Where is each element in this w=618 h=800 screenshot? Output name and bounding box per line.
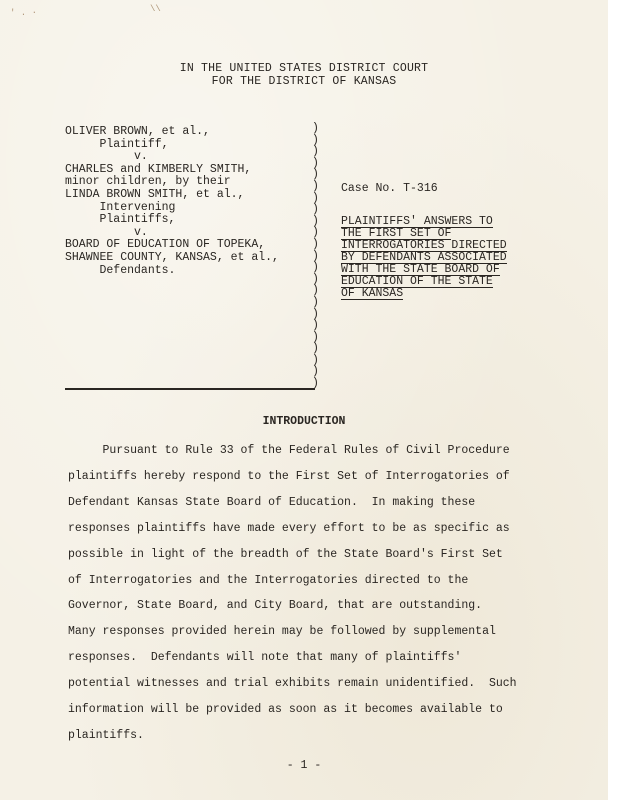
caption-paren: )	[312, 123, 322, 135]
body-line: potential witnesses and trial exhibits r…	[68, 671, 588, 697]
document-page: ' . · \\ IN THE UNITED STATES DISTRICT C…	[0, 0, 608, 800]
case-caption-parties: OLIVER BROWN, et al., Plaintiff, v. CHAR…	[65, 126, 315, 277]
page-number: - 1 -	[0, 759, 608, 772]
body-line: responses. Defendants will note that man…	[68, 645, 588, 671]
caption-line: LINDA BROWN SMITH, et al.,	[65, 189, 315, 202]
caption-paren: )	[312, 320, 322, 332]
caption-line: Plaintiffs,	[65, 214, 315, 227]
document-title: PLAINTIFFS' ANSWERS TO THE FIRST SET OF …	[341, 216, 541, 300]
caption-line: v.	[65, 151, 315, 164]
caption-paren: )	[312, 204, 322, 216]
caption-underline	[65, 388, 315, 390]
body-line: Pursuant to Rule 33 of the Federal Rules…	[68, 438, 588, 464]
margin-mark: \\	[150, 4, 161, 14]
court-name: IN THE UNITED STATES DISTRICT COURT	[0, 62, 608, 75]
caption-line: OLIVER BROWN, et al.,	[65, 126, 315, 139]
scan-margin	[608, 0, 618, 800]
body-line: responses plaintiffs have made every eff…	[68, 516, 588, 542]
section-heading: INTRODUCTION	[0, 415, 608, 428]
caption-paren: )	[312, 262, 322, 274]
introduction-body: Pursuant to Rule 33 of the Federal Rules…	[68, 438, 588, 749]
body-line: of Interrogatories and the Interrogatori…	[68, 568, 588, 594]
caption-line: Defendants.	[65, 265, 315, 278]
caption-line: SHAWNEE COUNTY, KANSAS, et al.,	[65, 252, 315, 265]
caption-paren: )	[312, 181, 322, 193]
body-line: plaintiffs hereby respond to the First S…	[68, 464, 588, 490]
title-line: OF KANSAS	[341, 288, 403, 300]
body-line: Many responses provided herein may be fo…	[68, 619, 588, 645]
caption-paren: )	[312, 239, 322, 251]
body-line: information will be provided as soon as …	[68, 697, 588, 723]
body-line: Defendant Kansas State Board of Educatio…	[68, 490, 588, 516]
body-line: Governor, State Board, and City Board, t…	[68, 593, 588, 619]
margin-mark: ' . ·	[10, 8, 37, 18]
court-district: FOR THE DISTRICT OF KANSAS	[0, 75, 608, 88]
court-header: IN THE UNITED STATES DISTRICT COURT FOR …	[0, 62, 608, 88]
case-number: Case No. T-316	[341, 182, 438, 195]
caption-paren-column: )))))))))))))))))))))))	[312, 123, 322, 390]
body-line: plaintiffs.	[68, 723, 588, 749]
body-line: possible in light of the breadth of the …	[68, 542, 588, 568]
caption-paren: )	[312, 297, 322, 309]
